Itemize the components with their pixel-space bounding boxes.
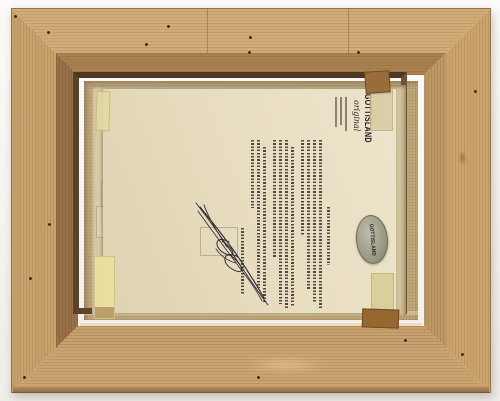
typed-text-line [327,207,330,265]
nail-hole [474,90,477,93]
nail-hole [14,15,17,18]
nail-hole [145,43,148,46]
framed-letter-wrapper: GOTTISLAND original [103,89,396,313]
wood-light-patch [245,355,325,375]
tape-adhesive-stain [95,307,114,318]
nail-hole [48,223,51,226]
photo-of-frame-back: GOTTISLAND original [0,0,500,401]
signature-ink [190,201,270,311]
yellowed-tape-left [94,256,115,319]
typed-text-line [251,140,254,208]
nail-hole [167,25,170,28]
typed-text-line [319,140,322,308]
nail-hole [257,376,260,379]
typed-text-line [313,140,316,302]
typed-text-line [301,140,304,236]
letterhead-address-line [336,97,338,127]
wood-joint-seam [348,9,349,54]
kraft-tape-top-right [364,70,390,94]
nail-hole [47,31,50,34]
typed-text-line [273,140,276,258]
frame-bottom-edge [13,387,489,393]
typewritten-letter: GOTTISLAND original [103,89,396,313]
nail-hole [461,353,464,356]
typed-text-line [279,140,282,304]
typed-text-line [285,140,288,308]
nail-hole [357,51,360,54]
typed-text-line [307,140,310,290]
sticker-label: GOTTISLAND [368,223,377,255]
typed-text-line [291,147,294,307]
letterhead-script: original [352,100,361,131]
letterhead-address-line [346,97,348,131]
kraft-tape-bottom-right [362,308,400,328]
wood-joint-seam [207,9,208,54]
nail-hole [29,277,32,280]
yellowed-tape-top-left [95,91,110,131]
nail-hole [249,36,252,39]
nail-hole [248,51,251,54]
pale-tape-top-right [370,87,393,131]
wood-knot [458,150,467,166]
nail-hole [404,339,407,342]
letterhead-address-line [341,97,343,125]
nail-hole [23,376,26,379]
